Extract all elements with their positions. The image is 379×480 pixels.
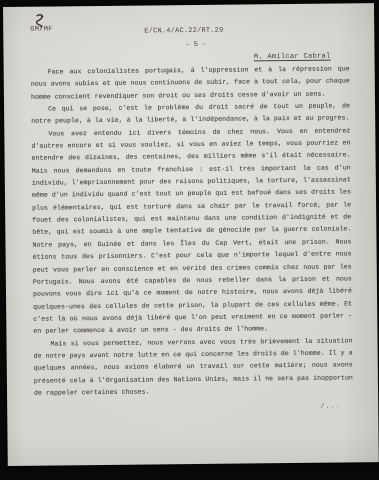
- scanned-document-viewport: GM/MF E/CN.4/AC.22/RT.29 - 5 - M. Amilca…: [0, 0, 379, 480]
- paragraph: Mais si vous permettez, nous verrons ave…: [33, 335, 353, 400]
- paragraph: Ce qui se pose, c'est le problème du dro…: [31, 100, 350, 128]
- document-reference-number: E/CN.4/AC.22/RT.29: [144, 27, 223, 36]
- document-body: Face aux colonialistes portugais, à l'op…: [31, 63, 353, 400]
- typist-initials: GM/MF: [30, 25, 53, 33]
- page-number: - 5 -: [3, 39, 379, 51]
- paragraph: Vous avez entendu ici divers témoins de …: [31, 125, 352, 338]
- paragraph: Face aux colonialistes portugais, à l'op…: [31, 63, 350, 103]
- speaker-name-heading: M. Amilcar Cabral: [254, 53, 331, 62]
- continuation-mark: /...: [320, 402, 341, 412]
- document-page: GM/MF E/CN.4/AC.22/RT.29 - 5 - M. Amilca…: [3, 3, 379, 466]
